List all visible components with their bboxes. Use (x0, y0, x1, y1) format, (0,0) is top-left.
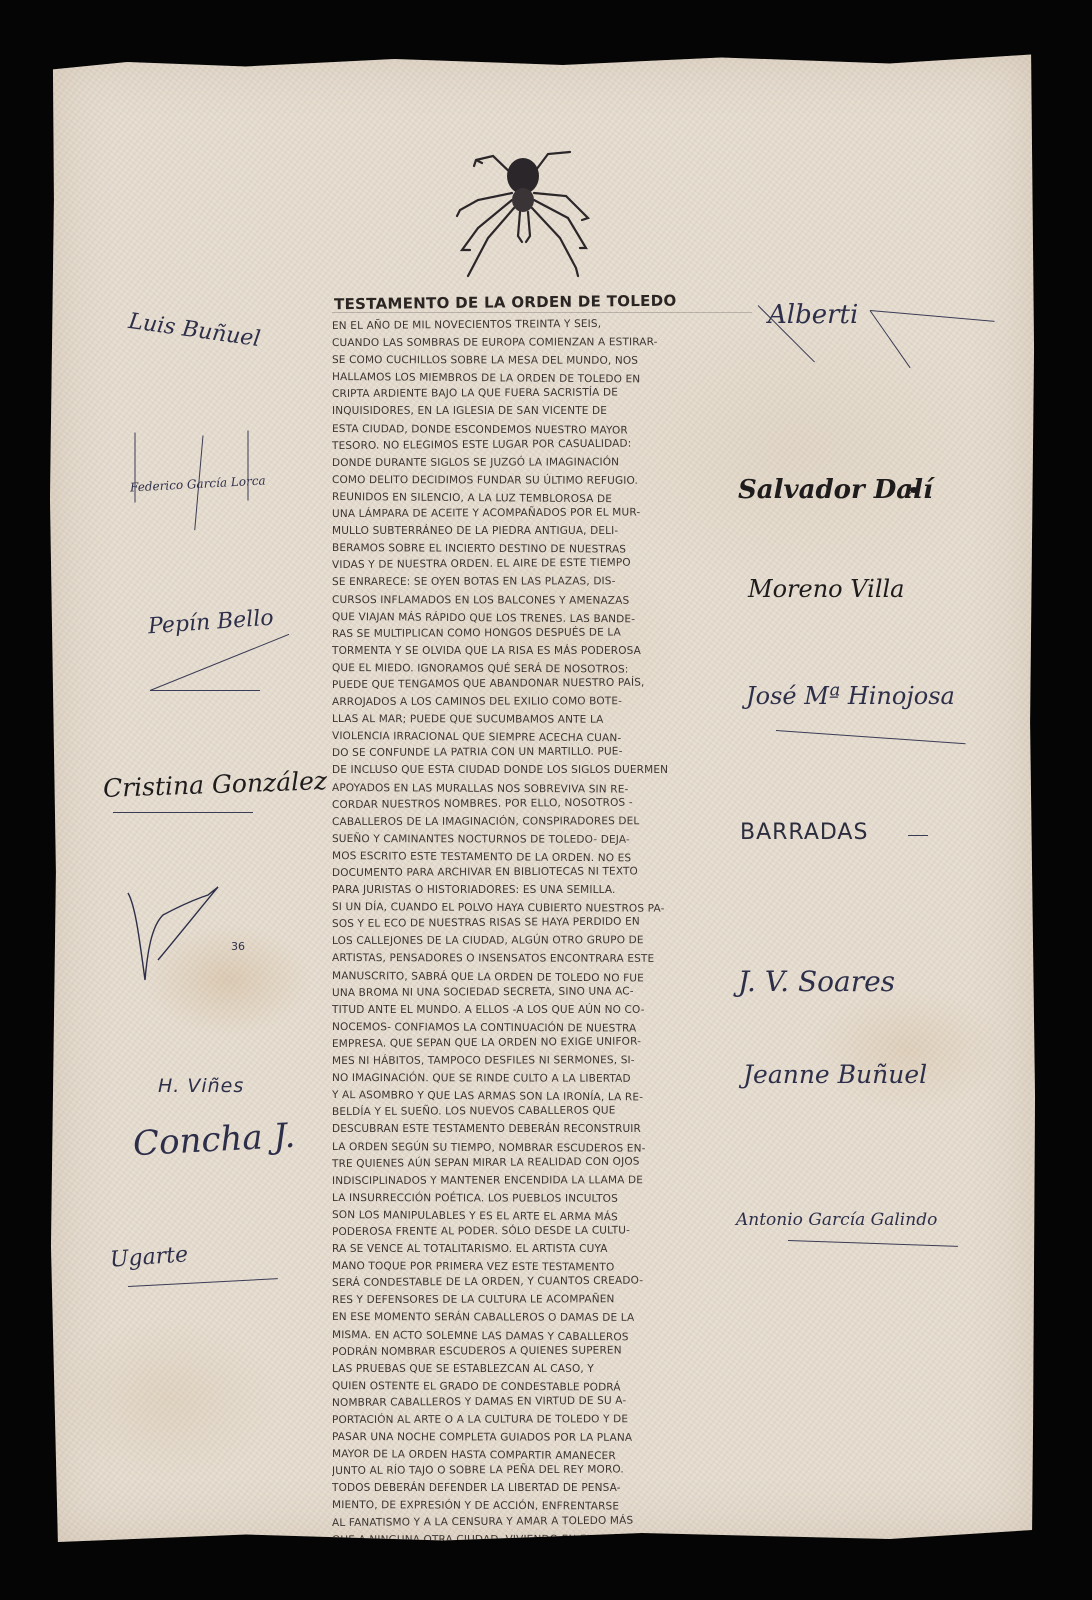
testament-line: TODOS DEBERÁN DEFENDER LA LIBERTAD DE PE… (332, 1480, 760, 1497)
signature-ugarte-underline (128, 1278, 278, 1287)
signature-galindo-flourish (788, 1240, 958, 1247)
signature-barradas-dash (908, 835, 928, 836)
testament-line: PODRÁN NOMBRAR ESCUDEROS A QUIENES SUPER… (332, 1341, 760, 1360)
testament-line: RA SE VENCE AL TOTALITARISMO. EL ARTISTA… (332, 1241, 760, 1258)
testament-line: PODEROSA FRENTE AL PODER. SÓLO DESDE LA … (332, 1222, 760, 1241)
signature-jose-maria-hinojosa: José Mª Hinojosa (746, 682, 955, 710)
testament-line: ARROJADOS A LOS CAMINOS DEL EXILIO COMO … (332, 693, 760, 711)
signature-ugarte: Ugarte (109, 1242, 189, 1272)
testament-line: EMPRESA. QUE SEPAN QUE LA ORDEN NO EXIGE… (332, 1033, 760, 1053)
testament-line: COMO DELITO DECIDIMOS FUNDAR SU ÚLTIMO R… (332, 472, 760, 490)
signature-bello-underline (150, 690, 260, 691)
signature-bello-underline (150, 634, 289, 691)
signature-cristina-gonzalez: Cristina González (103, 766, 328, 803)
testament-line: LLAS AL MAR; PUEDE QUE SUCUMBAMOS ANTE L… (332, 711, 760, 729)
signature-moreno-villa: Moreno Villa (748, 575, 904, 603)
document-title: TESTAMENTO DE LA ORDEN DE TOLEDO (334, 291, 754, 313)
testament-line: VIDAS Y DE NUESTRA ORDEN. EL AIRE DE EST… (332, 554, 760, 574)
testament-line: LAS PRUEBAS QUE SE ESTABLEZCAN AL CASO, … (332, 1361, 760, 1378)
testament-line: CURSOS INFLAMADOS EN LOS BALCONES Y AMEN… (332, 592, 760, 610)
signature-gonzalez-underline (113, 812, 253, 813)
testament-line: CRIPTA ARDIENTE BAJO LA QUE FUERA SACRIS… (332, 384, 760, 403)
testament-line: CABALLEROS DE LA IMAGINACIÓN, CONSPIRADO… (332, 813, 760, 831)
testament-line: CUANDO LAS SOMBRAS DE EUROPA COMIENZAN A… (332, 334, 760, 352)
signature-pepin-bello: Pepín Bello (147, 606, 274, 640)
signature-j-v-soares: J. V. Soares (738, 965, 895, 998)
testament-line: SERÁ CONDESTABLE DE LA ORDEN, Y CUANTOS … (332, 1272, 760, 1292)
testament-line: MULLO SUBTERRÁNEO DE LA PIEDRA ANTIGUA, … (332, 523, 760, 540)
testament-line: ARTISTAS, PENSADORES O INSENSATOS ENCONT… (332, 950, 760, 968)
testament-line: CORDAR NUESTROS NOMBRES. POR ELLO, NOSOT… (332, 793, 760, 813)
testament-line: PARA JURISTAS O HISTORIADORES: ES UNA SE… (332, 882, 760, 899)
testament-line: TESORO. NO ELEGIMOS ESTE LUGAR POR CASUA… (332, 434, 760, 454)
testament-line: VISITÁNDOLA CON FRECUENCIA Y CON RESPETO… (332, 1549, 760, 1567)
signature-alberti: Alberti (768, 300, 858, 330)
testament-line: TITUD ANTE EL MUNDO. A ELLOS -A LOS QUE … (332, 1002, 760, 1019)
testament-line: AL FANATISMO Y A LA CENSURA Y AMAR A TOL… (332, 1511, 760, 1531)
testament-line: TORMENTA Y SE OLVIDA QUE LA RISA ES MÁS … (332, 643, 760, 660)
title-underline (332, 312, 752, 313)
testament-line: RES Y DEFENSORES DE LA CULTURA LE ACOMPA… (332, 1291, 760, 1309)
testament-line: PORTACIÓN AL ARTE O A LA CULTURA DE TOLE… (332, 1411, 760, 1429)
testament-line: MES NI HÁBITOS, TAMPOCO DESFILES NI SERM… (332, 1052, 760, 1070)
testament-line: SUEÑO Y CAMINANTES NOCTURNOS DE TOLEDO- … (332, 831, 760, 849)
testament-line: QUE A NINGUNA OTRA CIUDAD, VIVIENDO EN E… (332, 1531, 760, 1549)
signature-hinojosa-underline (776, 730, 966, 744)
testament-line: UNA BROMA NI UNA SOCIEDAD SECRETA, SINO … (332, 982, 760, 1001)
testament-line: TRE QUIENES AÚN SEPAN MIRAR LA REALIDAD … (332, 1152, 760, 1172)
testament-line: DOCUMENTO PARA ARCHIVAR EN BIBLIOTECAS N… (332, 863, 760, 882)
testament-line: PUEDE QUE TENGAMOS QUE ABANDONAR NUESTRO… (332, 674, 760, 694)
testament-line: SE COMO CUCHILLOS SOBRE LA MESA DEL MUND… (332, 352, 760, 370)
signature-h-vines: H. Viñes (158, 1075, 244, 1097)
testament-line: LOS CALLEJONES DE LA CIUDAD, ALGÚN OTRO … (332, 932, 760, 950)
testament-line: DONDE DURANTE SIGLOS SE JUZGÓ LA IMAGINA… (332, 454, 760, 472)
testament-line: BELDÍA Y EL SUEÑO. LOS NUEVOS CABALLEROS… (332, 1102, 760, 1121)
signature-antonio-garcia-galindo: Antonio García Galindo (736, 1210, 937, 1230)
signature-luis-bunuel: Luis Buñuel (127, 309, 262, 352)
signature-lorca-stroke (135, 433, 136, 503)
signature-jeanne-bunuel: Jeanne Buñuel (743, 1060, 927, 1089)
testament-line: JUNTO AL RÍO TAJO O SOBRE LA PEÑA DEL RE… (332, 1461, 760, 1480)
signature-salvador-dali: Salvador Dalí (738, 475, 933, 505)
testament-line: LA INSURRECCIÓN POÉTICA. LOS PUEBLOS INC… (332, 1190, 760, 1208)
testament-line: EN EL AÑO DE MIL NOVECIENTOS TREINTA Y S… (332, 315, 760, 335)
testament-line: INQUISIDORES, EN LA IGLESIA DE SAN VICEN… (332, 403, 760, 420)
testament-line: DE INCLUSO QUE ESTA CIUDAD DONDE LOS SIG… (332, 762, 760, 779)
signature-concha-j: Concha J. (132, 1116, 296, 1164)
testament-line: PASAR UNA NOCHE COMPLETA GUIADOS POR LA … (332, 1429, 760, 1447)
testament-line: UNA LÁMPARA DE ACEITE Y ACOMPAÑADOS POR … (332, 504, 760, 523)
signature-barradas: BARRADAS (740, 820, 868, 845)
testament-line: SOS Y EL ECO DE NUESTRAS RISAS SE HAYA P… (332, 913, 760, 933)
spider-icon (448, 138, 598, 278)
testament-line: INDISCIPLINADOS Y MANTENER ENCENDIDA LA … (332, 1172, 760, 1190)
testament-line: NO IMAGINACIÓN. QUE SE RINDE CULTO A LA … (332, 1070, 760, 1088)
testament-line: NOMBRAR CABALLEROS Y DAMAS EN VIRTUD DE … (332, 1392, 760, 1412)
fly-icon (908, 485, 920, 495)
testament-line: SE ENRARECE: SE OYEN BOTAS EN LAS PLAZAS… (332, 573, 760, 591)
testament-line: DESCUBRAN ESTE TESTAMENTO DEBERÁN RECONS… (332, 1121, 760, 1138)
testament-line: RAS SE MULTIPLICAN COMO HONGOS DESPUÉS D… (332, 623, 760, 642)
signature-lorca-stroke (248, 431, 249, 501)
testament-body: EN EL AÑO DE MIL NOVECIENTOS TREINTA Y S… (332, 318, 760, 1566)
parchment-sheet: TESTAMENTO DE LA ORDEN DE TOLEDO EN EL A… (48, 50, 1038, 1545)
testament-line: DO SE CONFUNDE LA PATRIA CON UN MARTILLO… (332, 743, 760, 762)
signature-alberti-stroke (870, 310, 995, 322)
signature-garfias-date: 36 (231, 940, 245, 953)
testament-line: EN ESE MOMENTO SERÁN CABALLEROS O DAMAS … (332, 1309, 760, 1327)
signature-alberti-stroke (870, 310, 911, 368)
